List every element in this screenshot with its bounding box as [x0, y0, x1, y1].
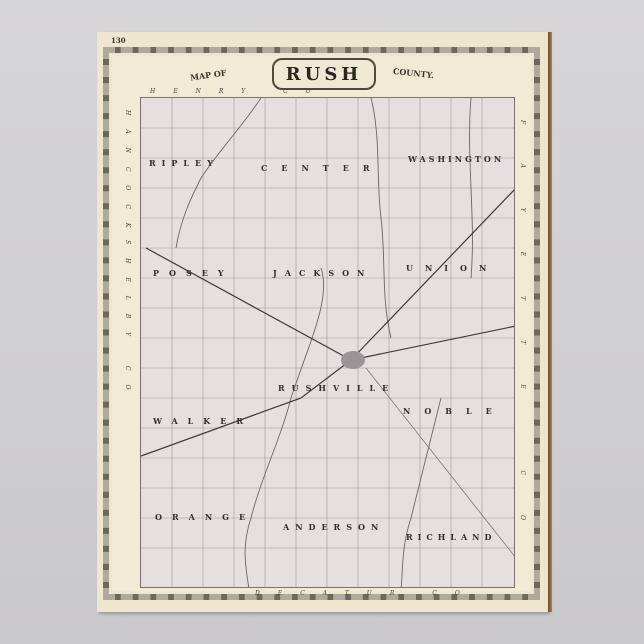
- poster-edge: [548, 32, 552, 612]
- map-title: RUSH: [286, 64, 363, 85]
- township-label: RIPLEY: [149, 158, 219, 168]
- township-label: ORANGE: [155, 512, 255, 522]
- county-map: RIPLEY CENTER WASHINGTON POSEY JACKSON U…: [140, 97, 515, 588]
- page-number: 130: [111, 36, 126, 45]
- township-label: WALKER: [153, 416, 253, 426]
- township-label: WASHINGTON: [408, 154, 504, 164]
- border-label-bottom: DECATUR CO: [255, 590, 478, 597]
- border-label-left-upper: HANCOCK: [124, 110, 131, 241]
- township-label: RICHLAND: [406, 532, 496, 542]
- title-cartouche: RUSH: [272, 58, 376, 90]
- township-label: POSEY: [153, 268, 234, 278]
- township-label: RUSHVILLE: [278, 383, 395, 393]
- border-label-top: HENRY CO: [150, 88, 329, 95]
- border-label-left-lower: SHELBY CO: [124, 240, 131, 403]
- border-label-right: FAYETTE CO: [519, 120, 526, 560]
- township-label: UNION: [406, 263, 498, 273]
- township-label: NOBLE: [403, 406, 506, 416]
- township-label: ANDERSON: [283, 522, 384, 532]
- township-label: JACKSON: [273, 268, 372, 278]
- rushville-town: [341, 351, 365, 369]
- township-label: CENTER: [261, 163, 383, 173]
